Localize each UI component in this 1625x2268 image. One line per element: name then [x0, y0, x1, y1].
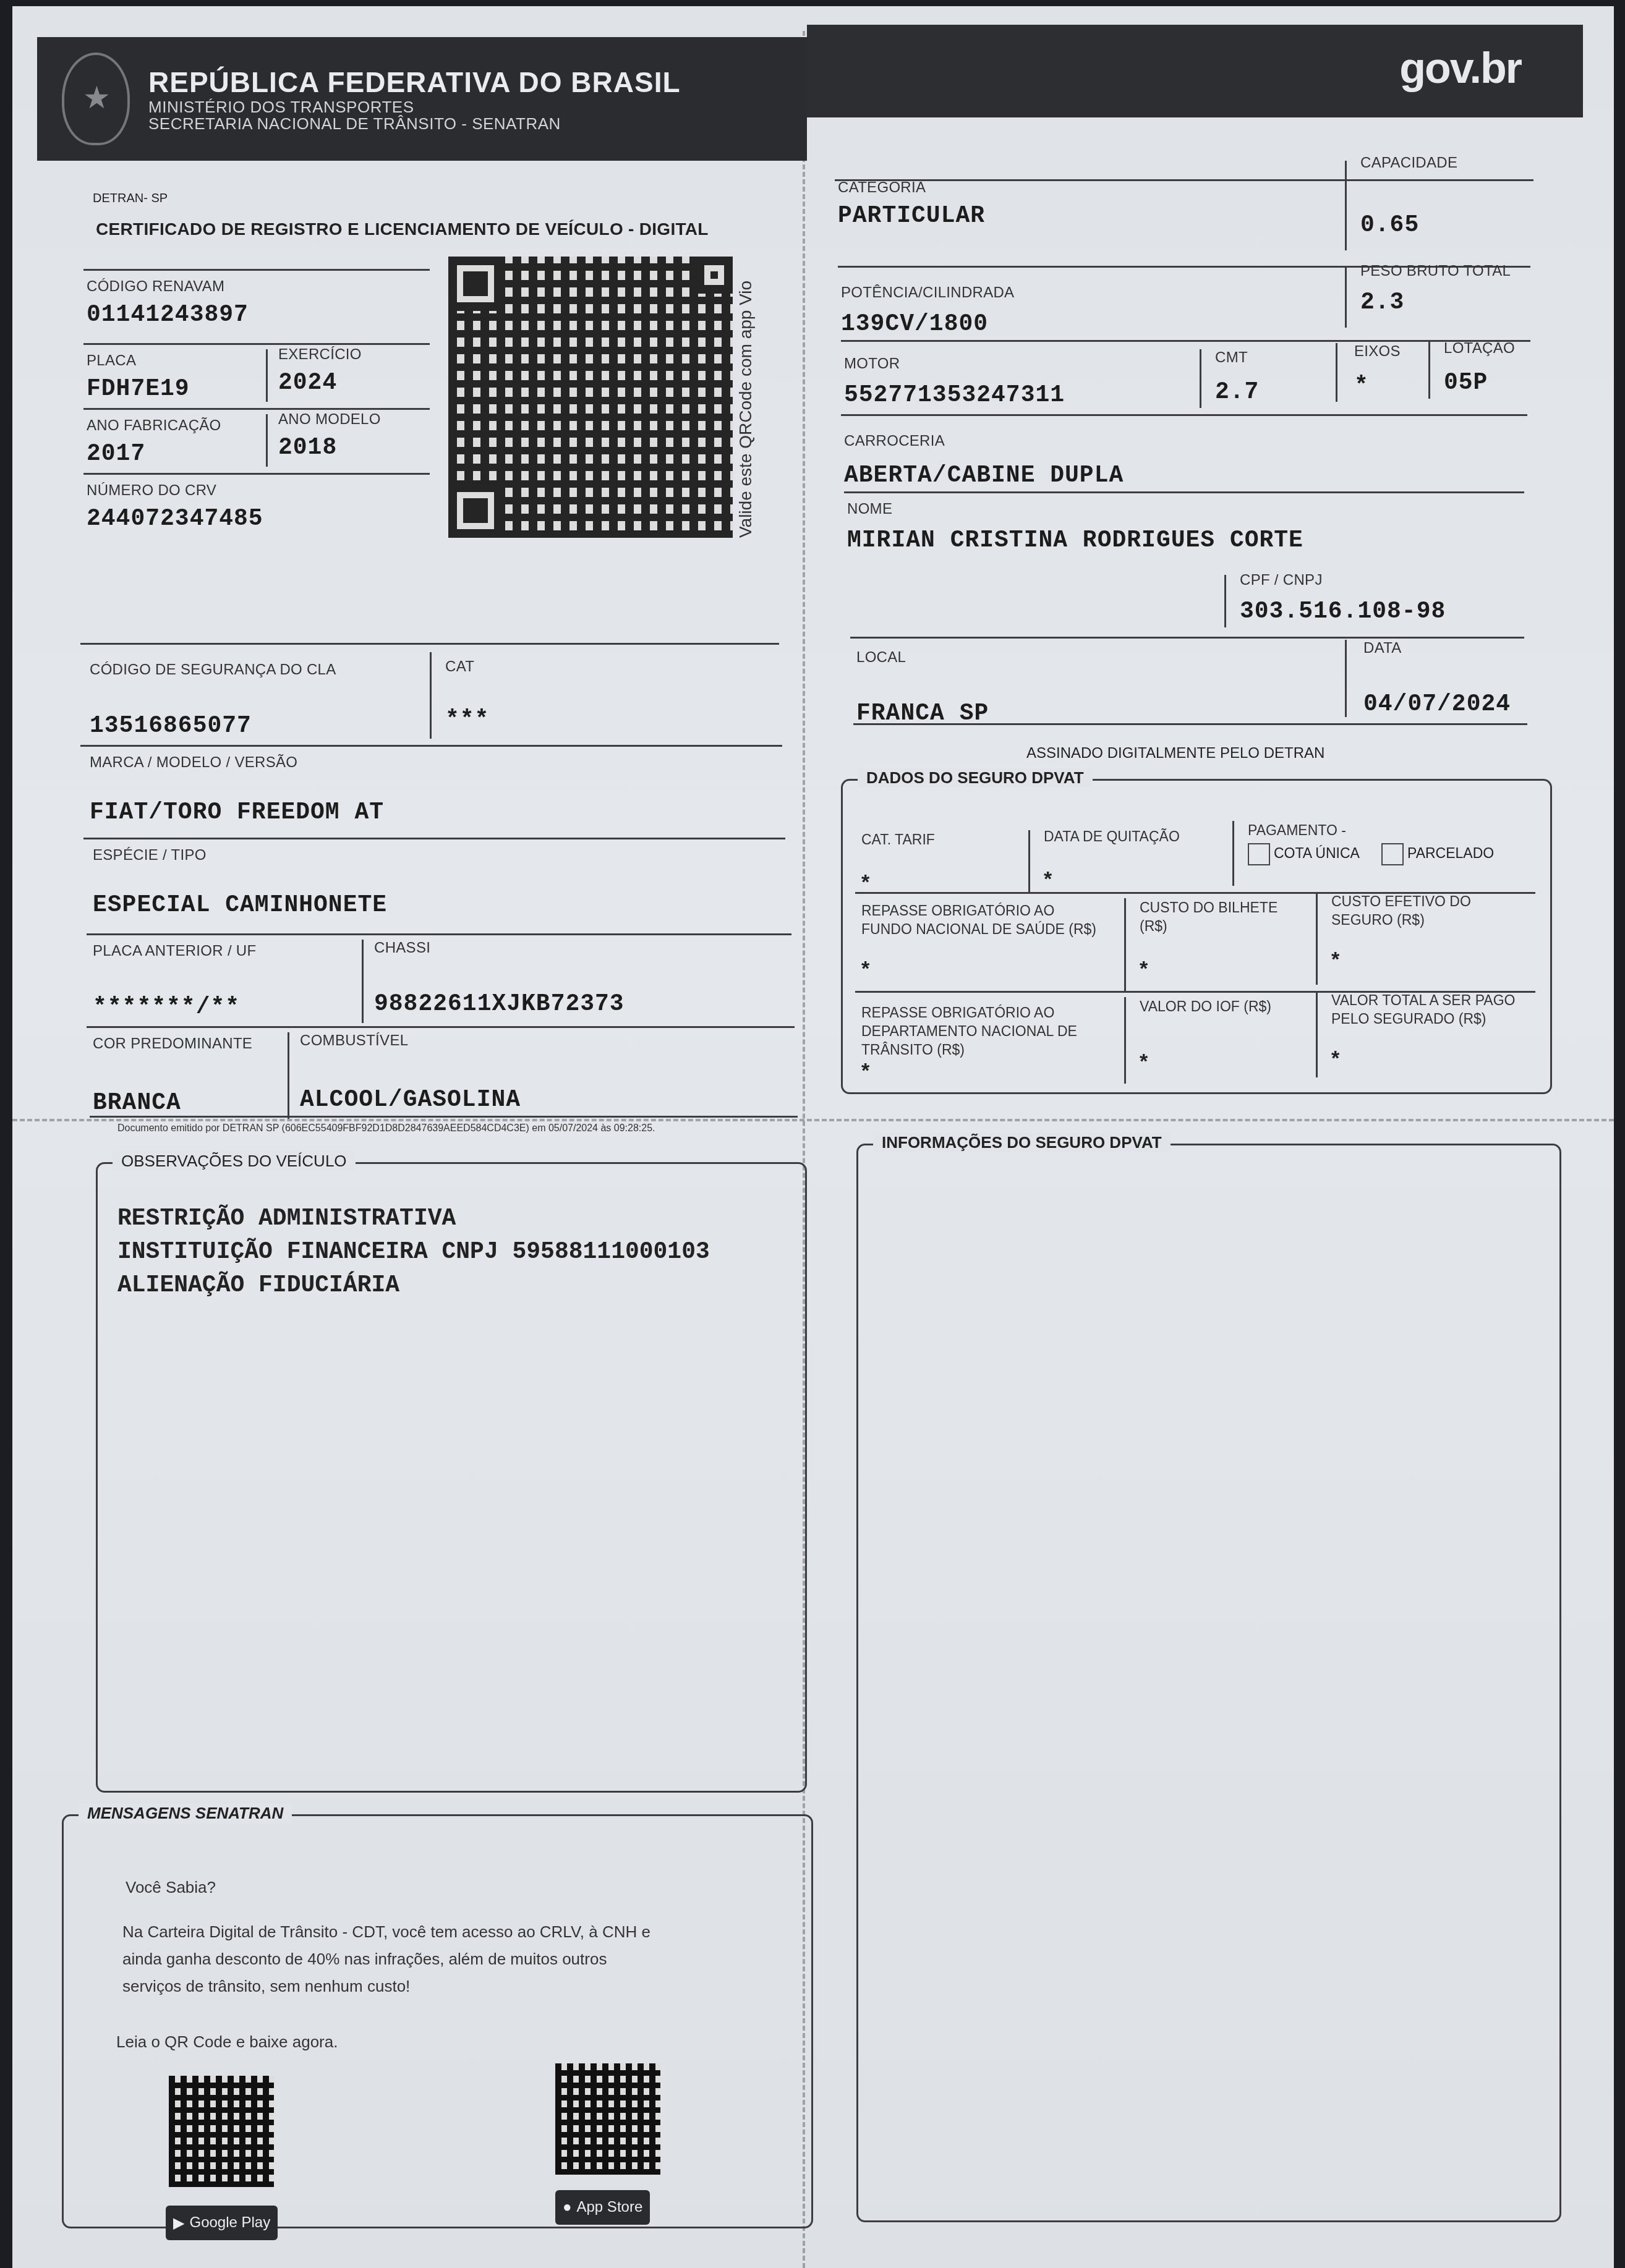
dpvat-box: DADOS DO SEGURO DPVAT CAT. TARIF * DATA … — [841, 779, 1552, 1094]
valor-total-value: * — [1331, 1047, 1535, 1071]
valor-total-label: VALOR TOTAL A SER PAGO PELO SEGURADO (R$… — [1331, 991, 1535, 1028]
placa-label: PLACA — [87, 352, 190, 370]
fold-line-horizontal — [12, 1119, 1614, 1121]
cpf-cnpj-value: 303.516.108-98 — [1240, 598, 1446, 625]
exercicio-label: EXERCÍCIO — [278, 346, 362, 363]
cpf-cnpj-label: CPF / CNPJ — [1240, 572, 1446, 589]
chassi-label: CHASSI — [374, 940, 625, 957]
ano-modelo-label: ANO MODELO — [278, 411, 381, 428]
custo-efetivo-label: CUSTO EFETIVO DO SEGURO (R$) — [1331, 892, 1504, 929]
cat-tarif-value: * — [861, 870, 935, 894]
carroceria-value: ABERTA/CABINE DUPLA — [844, 462, 1124, 489]
document-title: CERTIFICADO DE REGISTRO E LICENCIAMENTO … — [96, 219, 709, 239]
nome-value: MIRIAN CRISTINA RODRIGUES CORTE — [847, 527, 1303, 554]
valor-iof-label: VALOR DO IOF (R$) — [1140, 997, 1313, 1016]
combustivel-label: COMBUSTÍVEL — [300, 1032, 521, 1050]
app-store-qr-code[interactable] — [555, 2063, 660, 2175]
emission-footnote: Documento emitido por DETRAN SP (606EC55… — [117, 1123, 655, 1134]
combustivel-value: ALCOOL/GASOLINA — [300, 1087, 521, 1113]
observacoes-list: RESTRIÇÃO ADMINISTRATIVA INSTITUIÇÃO FIN… — [117, 1202, 710, 1302]
data-value: 04/07/2024 — [1363, 691, 1511, 718]
validation-qr-code[interactable] — [448, 257, 733, 538]
cla-label: CÓDIGO DE SEGURANÇA DO CLA — [90, 661, 336, 679]
coat-of-arms-icon — [62, 53, 130, 145]
mensagem-cta: Leia o QR Code e baixe agora. — [116, 2032, 338, 2052]
lotacao-label: LOTAÇÃO — [1444, 340, 1515, 357]
motor-value: 552771353247311 — [844, 382, 1065, 409]
placa-anterior-label: PLACA ANTERIOR / UF — [93, 943, 256, 960]
informacoes-dpvat-box: INFORMAÇÕES DO SEGURO DPVAT — [856, 1144, 1561, 2222]
valor-iof-value: * — [1140, 1050, 1313, 1074]
ano-modelo-value: 2018 — [278, 435, 381, 461]
cota-unica-checkbox[interactable] — [1248, 843, 1270, 865]
lotacao-value: 05P — [1444, 370, 1515, 396]
cmt-label: CMT — [1215, 349, 1259, 367]
play-icon: ▶ — [173, 2214, 184, 2232]
potencia-value: 139CV/1800 — [841, 311, 1014, 338]
custo-efetivo-value: * — [1331, 948, 1504, 972]
chassi-value: 98822611XJKB72373 — [374, 991, 625, 1017]
repasse-fns-value: * — [861, 957, 1109, 981]
cla-value: 13516865077 — [90, 713, 336, 739]
cat-tarif-label: CAT. TARIF — [861, 830, 935, 849]
govbr-logo: gov.br — [1399, 43, 1521, 93]
custo-bilhete-label: CUSTO DO BILHETE (R$) — [1140, 898, 1294, 935]
parcelado-checkbox[interactable] — [1381, 843, 1404, 865]
potencia-label: POTÊNCIA/CILINDRADA — [841, 284, 1014, 302]
placa-value: FDH7E19 — [87, 376, 190, 402]
app-store-label: App Store — [577, 2199, 643, 2216]
country-title: REPÚBLICA FEDERATIVA DO BRASIL — [148, 66, 681, 99]
mensagens-box: MENSAGENS SENATRAN Você Sabia? Na Cartei… — [62, 1814, 813, 2228]
observacao-line: ALIENAÇÃO FIDUCIÁRIA — [117, 1269, 710, 1302]
issuer-label: DETRAN- SP — [93, 192, 168, 206]
eixos-value: * — [1354, 373, 1401, 399]
capacidade-value: 0.65 — [1360, 212, 1457, 239]
qr-caption: Valide este QRCode com app Vio — [736, 281, 756, 538]
repasse-denatran-value: * — [861, 1059, 1096, 1083]
especie-tipo-value: ESPECIAL CAMINHONETE — [93, 892, 387, 919]
ano-fabricacao-label: ANO FABRICAÇÃO — [87, 417, 221, 435]
cat-value: *** — [445, 707, 489, 733]
numero-crv-label: NÚMERO DO CRV — [87, 482, 263, 499]
peso-bruto-label: PESO BRUTO TOTAL — [1360, 263, 1511, 280]
cor-value: BRANCA — [93, 1090, 252, 1116]
placa-anterior-value: *******/** — [93, 994, 256, 1021]
ano-fabricacao-value: 2017 — [87, 441, 221, 467]
local-label: LOCAL — [856, 649, 989, 666]
cota-unica-label: COTA ÚNICA — [1274, 845, 1359, 861]
capacidade-label: CAPACIDADE — [1360, 155, 1457, 172]
ministry-name: MINISTÉRIO DOS TRANSPORTES — [148, 99, 681, 116]
marca-modelo-value: FIAT/TORO FREEDOM AT — [90, 799, 384, 826]
repasse-denatran-label: REPASSE OBRIGATÓRIO AO DEPARTAMENTO NACI… — [861, 1003, 1096, 1059]
parcelado-label: PARCELADO — [1407, 845, 1494, 861]
dpvat-title: DADOS DO SEGURO DPVAT — [858, 768, 1093, 788]
peso-bruto-value: 2.3 — [1360, 289, 1511, 316]
mensagem-line: ainda ganha desconto de 40% nas infraçõe… — [122, 1945, 650, 1973]
app-store-badge[interactable]: ● App Store — [555, 2190, 650, 2225]
repasse-fns-label: REPASSE OBRIGATÓRIO AO FUNDO NACIONAL DE… — [861, 901, 1109, 938]
mensagem-body: Na Carteira Digital de Trânsito - CDT, v… — [122, 1918, 650, 2000]
especie-tipo-label: ESPÉCIE / TIPO — [93, 847, 387, 864]
cmt-value: 2.7 — [1215, 379, 1259, 406]
renavam-label: CÓDIGO RENAVAM — [87, 278, 249, 295]
header-band-right: gov.br — [807, 25, 1583, 117]
marca-modelo-label: MARCA / MODELO / VERSÃO — [90, 754, 384, 771]
cor-label: COR PREDOMINANTE — [93, 1035, 252, 1053]
nome-label: NOME — [847, 501, 1303, 518]
crlv-document: REPÚBLICA FEDERATIVA DO BRASIL MINISTÉRI… — [12, 6, 1614, 2268]
mensagens-title: MENSAGENS SENATRAN — [79, 1804, 292, 1823]
mensagem-line: Na Carteira Digital de Trânsito - CDT, v… — [122, 1918, 650, 1945]
voce-sabia: Você Sabia? — [126, 1878, 216, 1897]
cat-label: CAT — [445, 658, 489, 676]
informacoes-dpvat-title: INFORMAÇÕES DO SEGURO DPVAT — [873, 1133, 1171, 1152]
numero-crv-value: 244072347485 — [87, 506, 263, 532]
carroceria-label: CARROCERIA — [844, 433, 1124, 450]
observacao-line: RESTRIÇÃO ADMINISTRATIVA — [117, 1202, 710, 1236]
google-play-badge[interactable]: ▶ Google Play — [166, 2206, 278, 2240]
custo-bilhete-value: * — [1140, 957, 1294, 981]
mensagem-line: serviços de trânsito, sem nenhum custo! — [122, 1973, 650, 2000]
secretariat-name: SECRETARIA NACIONAL DE TRÂNSITO - SENATR… — [148, 116, 681, 132]
data-quitacao-label: DATA DE QUITAÇÃO — [1044, 827, 1180, 846]
renavam-value: 01141243897 — [87, 302, 249, 328]
google-play-label: Google Play — [189, 2214, 270, 2232]
data-label: DATA — [1363, 640, 1511, 657]
apple-icon: ● — [563, 2199, 572, 2216]
eixos-label: EIXOS — [1354, 343, 1401, 360]
categoria-label: CATEGORIA — [838, 179, 985, 197]
motor-label: MOTOR — [844, 355, 1065, 373]
observacao-line: INSTITUIÇÃO FINANCEIRA CNPJ 595881110001… — [117, 1236, 710, 1269]
google-play-qr-code[interactable] — [169, 2076, 274, 2187]
data-quitacao-value: * — [1044, 867, 1180, 891]
pagamento-label: PAGAMENTO - — [1248, 821, 1494, 839]
exercicio-value: 2024 — [278, 370, 362, 396]
categoria-value: PARTICULAR — [838, 203, 985, 229]
digital-signature-note: ASSINADO DIGITALMENTE PELO DETRAN — [1026, 745, 1324, 762]
header-band: REPÚBLICA FEDERATIVA DO BRASIL MINISTÉRI… — [37, 37, 807, 161]
observacoes-title: OBSERVAÇÕES DO VEÍCULO — [113, 1152, 356, 1171]
